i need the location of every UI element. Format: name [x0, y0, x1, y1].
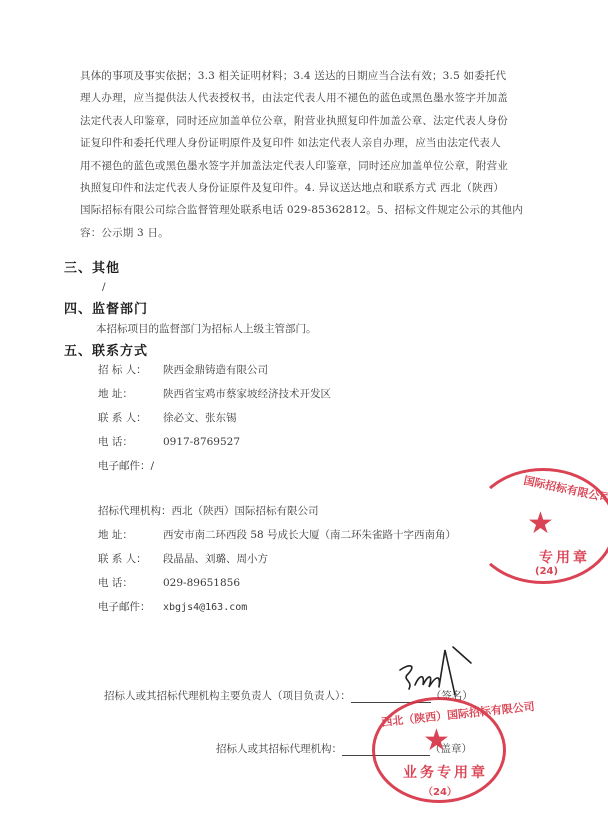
- section-heading-supervision: 四、监督部门: [64, 298, 148, 317]
- tenderer-address: 陕西省宝鸡市蔡家坡经济技术开发区: [163, 388, 331, 400]
- paragraph-line: 具体的事项及事实依据；3.3 相关证明材料；3.4 送达的日期应当合法有效；3.…: [80, 65, 532, 87]
- agency-name-label: 招标代理机构：: [98, 505, 172, 517]
- agency-contact: 段晶晶、刘璐、周小方: [163, 553, 268, 565]
- tenderer-contact: 徐必文、张东锡: [163, 412, 237, 424]
- tenderer-phone-label: 电 话：: [98, 434, 163, 449]
- paragraph-line: 法定代表人印鉴章，同时还应加盖单位公章，附营业执照复印件加盖公章、法定代表人身份: [80, 110, 532, 132]
- body-paragraph: 具体的事项及事实依据；3.3 相关证明材料；3.4 送达的日期应当合法有效；3.…: [80, 65, 532, 244]
- agency-address-row: 地 址：西安市南二环西段 58 号成长大厦（南二环朱雀路十字西南角）: [98, 527, 456, 542]
- responsible-label: 招标人或其招标代理机构主要负责人（项目负责人）：: [104, 690, 351, 702]
- seal-middle-text: 业务专用章: [403, 762, 488, 782]
- paragraph-line: 容：公示期 3 日。: [80, 222, 532, 244]
- agency-phone: 029-89651856: [163, 577, 240, 589]
- agency-contact-row: 联 系 人：段晶晶、刘璐、周小方: [98, 551, 268, 566]
- tenderer-phone: 0917-8769527: [163, 436, 240, 448]
- tenderer-name-label: 招 标 人：: [98, 362, 163, 377]
- tenderer-address-row: 地 址：陕西省宝鸡市蔡家坡经济技术开发区: [98, 386, 331, 401]
- tenderer-email: /: [151, 460, 155, 472]
- edge-seal: 国际招标有限公司 ★ 专用章 (24): [470, 468, 608, 584]
- edge-seal-number: (24): [535, 566, 558, 577]
- tenderer-address-label: 地 址：: [98, 386, 163, 401]
- agency-email: xbgjs4@163.com: [163, 602, 247, 613]
- section-heading-other: 三、其他: [64, 257, 120, 276]
- agency-address-label: 地 址：: [98, 527, 163, 542]
- star-icon: ★: [527, 509, 554, 539]
- agency-name: 西北（陕西）国际招标有限公司: [172, 505, 319, 517]
- tenderer-email-label: 电子邮件：: [98, 460, 151, 472]
- section-other-content: /: [102, 281, 106, 293]
- agency-address: 西安市南二环西段 58 号成长大厦（南二环朱雀路十字西南角）: [163, 529, 456, 541]
- agency-email-row: 电子邮件：xbgjs4@163.com: [98, 599, 247, 614]
- document-page: 具体的事项及事实依据；3.3 相关证明材料；3.4 送达的日期应当合法有效；3.…: [0, 0, 608, 836]
- org-label: 招标人或其招标代理机构：: [216, 743, 342, 755]
- tenderer-email-row: 电子邮件：/: [98, 458, 154, 473]
- section-heading-contact: 五、联系方式: [64, 340, 148, 359]
- agency-email-label: 电子邮件：: [98, 599, 163, 614]
- agency-contact-label: 联 系 人：: [98, 551, 163, 566]
- paragraph-line: 用不褪色的蓝色或黑色墨水签字并加盖法定代表人印鉴章，同时还应加盖单位公章，附营业: [80, 155, 532, 177]
- star-icon: ★: [423, 726, 450, 756]
- section-supervision-content: 本招标项目的监督部门为招标人上级主管部门。: [96, 321, 317, 336]
- agency-phone-row: 电 话：029-89651856: [98, 575, 240, 590]
- paragraph-line: 国际招标有限公司综合监督管理处联系电话 029-85362812。5、招标文件规…: [80, 199, 532, 221]
- tenderer-name-row: 招 标 人：陕西金鼎铸造有限公司: [98, 362, 268, 377]
- tenderer-name: 陕西金鼎铸造有限公司: [163, 364, 268, 376]
- handwritten-signature: [395, 645, 475, 705]
- tenderer-contact-label: 联 系 人：: [98, 410, 163, 425]
- edge-seal-arc-text: 国际招标有限公司: [522, 472, 608, 506]
- paragraph-line: 理人办理，应当提供法人代表授权书，由法定代表人用不褪色的蓝色或黑色墨水签字并加盖: [80, 87, 532, 109]
- tenderer-contact-row: 联 系 人：徐必文、张东锡: [98, 410, 237, 425]
- seal-number: （24）: [423, 783, 457, 798]
- paragraph-line: 执照复印件和法定代表人身份证原件及复印件。4. 异议送达地点和联系方式 西北（陕…: [80, 177, 532, 199]
- edge-seal-middle-text: 专用章: [539, 547, 590, 567]
- agency-name-row: 招标代理机构：西北（陕西）国际招标有限公司: [98, 503, 319, 518]
- tenderer-phone-row: 电 话：0917-8769527: [98, 434, 240, 449]
- paragraph-line: 证复印件和委托代理人身份证明原件及复印件 如法定代表人亲自办理，应当由法定代表人: [80, 132, 532, 154]
- official-seal: 西北（陕西）国际招标有限公司 ★ 业务专用章 （24）: [372, 697, 506, 803]
- agency-phone-label: 电 话：: [98, 575, 163, 590]
